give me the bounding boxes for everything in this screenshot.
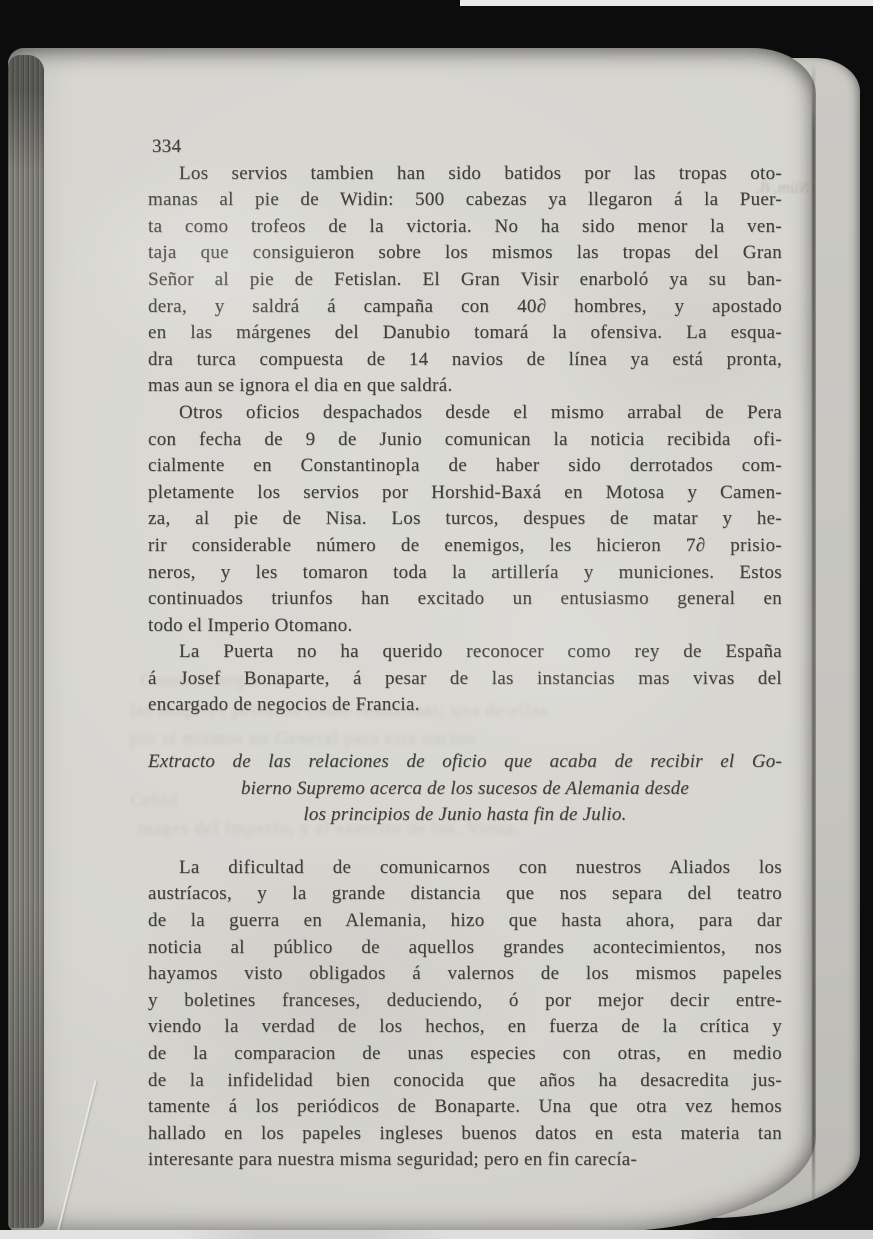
text-blocks: Los servios tambien han sido batidos por…: [148, 161, 782, 1174]
text-line: interesante para nuestra misma seguridad…: [148, 1147, 782, 1174]
section-heading: Extracto de las relaciones de oficio que…: [148, 749, 782, 829]
text-line: taja que consiguieron sobre los mismos l…: [148, 240, 782, 267]
paragraph: La Puerta no ha querido reconocer como r…: [148, 639, 782, 719]
page-edge-stripes: [8, 55, 44, 1228]
text-line: hayamos visto obligados á valernos de lo…: [148, 961, 782, 988]
text-line: bierno Supremo acerca de los sucesos de …: [148, 776, 782, 803]
text-line: encargado de negocios de Francia.: [148, 692, 782, 719]
text-line: rir considerable número de enemigos, les…: [148, 533, 782, 560]
text-line: ta como trofeos de la victoria. No ha si…: [148, 214, 782, 241]
text-line: en las márgenes del Danubio tomará la of…: [148, 320, 782, 347]
text-line: con fecha de 9 de Junio comunican la not…: [148, 427, 782, 454]
text-line: hallado en los papeles ingleses buenos d…: [148, 1121, 782, 1148]
text-line: á Josef Bonaparte, á pesar de las instan…: [148, 666, 782, 693]
text-line: manas al pie de Widin: 500 cabezas ya ll…: [148, 187, 782, 214]
text-line: los principios de Junio hasta fin de Jul…: [148, 802, 782, 829]
paragraph: Otros oficios despachados desde el mismo…: [148, 400, 782, 639]
text-line: Extracto de las relaciones de oficio que…: [148, 749, 782, 776]
text-line: de la comparacion de unas especies con o…: [148, 1041, 782, 1068]
screenshot-root: Núm. 8. Constantinopla. Ellas mugeres pe…: [0, 0, 873, 1239]
text-line: Otros oficios despachados desde el mismo…: [148, 400, 782, 427]
paragraph: La dificultad de comunicarnos con nuestr…: [148, 855, 782, 1174]
text-line: neros, y les tomaron toda la artillería …: [148, 560, 782, 587]
paper-crease: [53, 1080, 96, 1239]
text-line: y boletines franceses, deduciendo, ó por…: [148, 988, 782, 1015]
text-line: viendo la verdad de los hechos, en fuerz…: [148, 1014, 782, 1041]
text-line: tamente á los periódicos de Bonaparte. U…: [148, 1094, 782, 1121]
book-page: Núm. 8. Constantinopla. Ellas mugeres pe…: [8, 48, 816, 1232]
text-line: cialmente en Constantinopla de haber sid…: [148, 453, 782, 480]
text-column: 334 Los servios tambien han sido batidos…: [148, 134, 782, 1174]
text-line: todo el Imperio Otomano.: [148, 613, 782, 640]
text-line: za, al pie de Nisa. Los turcos, despues …: [148, 506, 782, 533]
text-line: noticia al público de aquellos grandes a…: [148, 935, 782, 962]
text-line: La dificultad de comunicarnos con nuestr…: [148, 855, 782, 882]
text-line: Los servios tambien han sido batidos por…: [148, 161, 782, 188]
text-line: austríacos, y la grande distancia que no…: [148, 881, 782, 908]
text-line: continuados triunfos han excitado un ent…: [148, 586, 782, 613]
text-line: Señor al pie de Fetislan. El Gran Visir …: [148, 267, 782, 294]
scan-top-edge: [460, 0, 873, 6]
text-line: dra turca compuesta de 14 navios de líne…: [148, 347, 782, 374]
scanner-bed-strip: [0, 1230, 873, 1239]
paragraph: Los servios tambien han sido batidos por…: [148, 161, 782, 400]
text-line: La Puerta no ha querido reconocer como r…: [148, 639, 782, 666]
page-right-crease: [812, 62, 815, 1222]
text-line: dera, y saldrá á campaña con 40∂ hombres…: [148, 294, 782, 321]
text-line: de la guerra en Alemania, hizo que hasta…: [148, 908, 782, 935]
text-line: mas aun se ignora el dia en que saldrá.: [148, 373, 782, 400]
text-line: pletamente los servios por Horshid-Baxá …: [148, 480, 782, 507]
page-number: 334: [148, 134, 782, 161]
text-line: de la infidelidad bien conocida que años…: [148, 1068, 782, 1095]
